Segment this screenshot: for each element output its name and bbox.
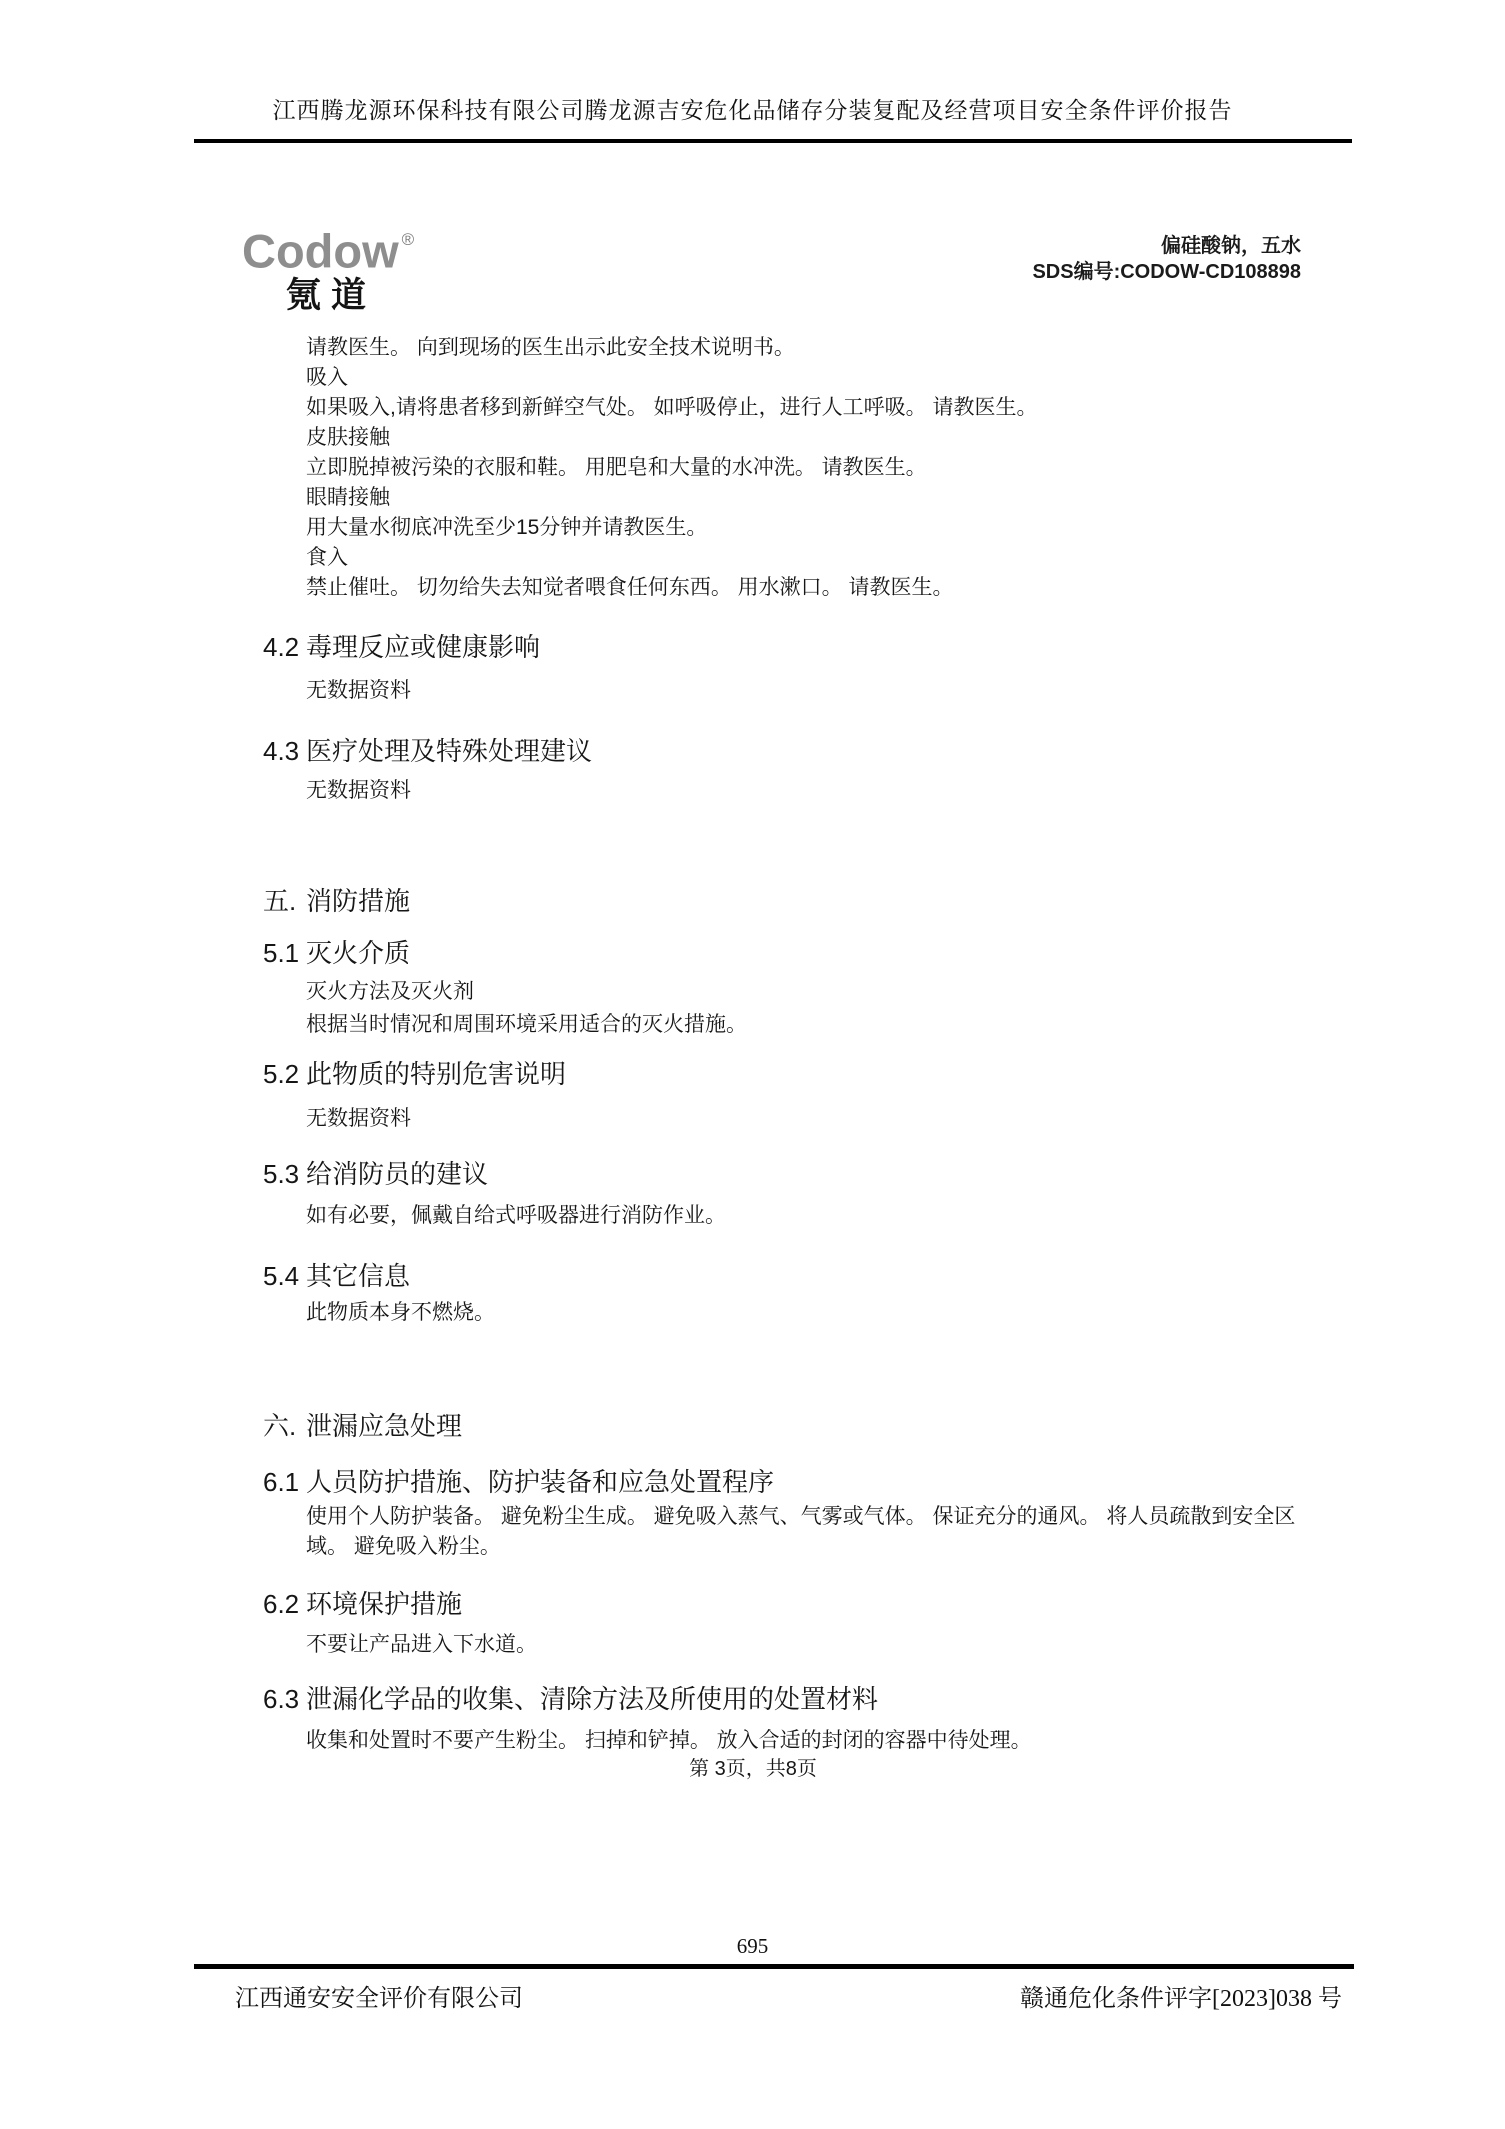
first-aid-line: 吸入 [306,363,1301,393]
header-rule [194,139,1352,143]
chapter-number: 六. [263,1406,306,1443]
section-5-1-body-line2: 根据当时情况和周围环境采用适合的灭火措施。 [306,1010,1301,1040]
first-aid-line: 食入 [306,543,1301,573]
first-aid-line: 皮肤接触 [306,423,1301,453]
sheet-indicator: 第 3页，共8页 [263,1752,1243,1781]
section-6-2-body: 不要让产品进入下水道。 [306,1630,1301,1660]
report-page-number: 695 [0,1934,1505,1959]
product-name: 偏硅酸钠，五水 [1032,233,1301,259]
document-page: 江西腾龙源环保科技有限公司腾龙源吉安危化品储存分装复配及经营项目安全条件评价报告… [0,0,1505,2129]
section-heading-6-3: 6.3泄漏化学品的收集、清除方法及所使用的处置材料 [263,1679,878,1716]
footer-rule [194,1964,1354,1969]
brand-logo-chinese: 氪道 [286,277,411,315]
first-aid-line: 眼睛接触 [306,483,1301,513]
first-aid-line: 用大量水彻底冲洗至少15分钟并请教医生。 [306,513,1301,543]
section-title: 灭火介质 [306,938,410,968]
section-title: 环境保护措施 [306,1589,462,1619]
brand-name-text: Codow [242,225,399,278]
chapter-heading-6: 六.泄漏应急处理 [263,1406,462,1443]
footer-company: 江西通安安全评价有限公司 [235,1978,523,2013]
first-aid-line: 立即脱掉被污染的衣服和鞋。 用肥皂和大量的水冲洗。 请教医生。 [306,453,1301,483]
footer-certificate-number: 赣通危化条件评字[2023]038 号 [1020,1978,1342,2013]
sds-number: SDS编号:CODOW-CD108898 [1032,259,1301,285]
section-heading-5-2: 5.2此物质的特别危害说明 [263,1054,566,1091]
first-aid-line: 如果吸入,请将患者移到新鲜空气处。 如呼吸停止，进行人工呼吸。 请教医生。 [306,393,1301,423]
section-heading-6-1: 6.1人员防护措施、防护装备和应急处置程序 [263,1462,774,1499]
brand-logo-wordmark: Codow® [242,222,411,275]
first-aid-text-block: 请教医生。 向到现场的医生出示此安全技术说明书。 吸入 如果吸入,请将患者移到新… [306,333,1301,603]
first-aid-line: 请教医生。 向到现场的医生出示此安全技术说明书。 [306,333,1301,363]
section-5-2-body: 无数据资料 [306,1104,1301,1134]
chapter-title: 消防措施 [306,886,410,916]
section-heading-5-3: 5.3给消防员的建议 [263,1154,488,1191]
section-heading-4-3: 4.3医疗处理及特殊处理建议 [263,731,592,768]
section-6-1-body: 使用个人防护装备。 避免粉尘生成。 避免吸入蒸气、气雾或气体。 保证充分的通风。… [306,1502,1301,1562]
section-number: 4.3 [263,736,306,767]
section-title: 人员防护措施、防护装备和应急处置程序 [306,1467,774,1497]
section-5-3-body: 如有必要，佩戴自给式呼吸器进行消防作业。 [306,1201,1301,1231]
chapter-title: 泄漏应急处理 [306,1411,462,1441]
report-header-title: 江西腾龙源环保科技有限公司腾龙源吉安危化品储存分装复配及经营项目安全条件评价报告 [0,92,1505,125]
section-title: 医疗处理及特殊处理建议 [306,736,592,766]
section-number: 5.3 [263,1159,306,1190]
first-aid-line: 禁止催吐。 切勿给失去知觉者喂食任何东西。 用水漱口。 请教医生。 [306,573,1301,603]
registered-trademark-icon: ® [402,230,415,249]
doc-meta: 偏硅酸钠，五水 SDS编号:CODOW-CD108898 [1032,233,1301,285]
section-5-4-body: 此物质本身不燃烧。 [306,1298,1301,1328]
section-number: 5.4 [263,1261,306,1292]
chapter-heading-5: 五.消防措施 [263,881,410,918]
section-number: 4.2 [263,632,306,663]
section-title: 泄漏化学品的收集、清除方法及所使用的处置材料 [306,1684,878,1714]
section-title: 毒理反应或健康影响 [306,632,540,662]
section-heading-5-4: 5.4其它信息 [263,1256,410,1293]
section-title: 此物质的特别危害说明 [306,1059,566,1089]
section-number: 5.1 [263,938,306,969]
section-number: 6.1 [263,1467,306,1498]
section-number: 6.3 [263,1684,306,1715]
brand-logo: Codow® 氪道 [242,222,411,315]
section-number: 5.2 [263,1059,306,1090]
chapter-number: 五. [263,881,306,918]
section-4-3-body: 无数据资料 [306,776,1301,806]
section-heading-5-1: 5.1灭火介质 [263,933,410,970]
section-heading-4-2: 4.2毒理反应或健康影响 [263,627,540,664]
section-heading-6-2: 6.2环境保护措施 [263,1584,462,1621]
section-title: 其它信息 [306,1261,410,1291]
section-number: 6.2 [263,1589,306,1620]
section-5-1-body-line1: 灭火方法及灭火剂 [306,977,1301,1007]
section-4-2-body: 无数据资料 [306,676,1301,706]
section-title: 给消防员的建议 [306,1159,488,1189]
